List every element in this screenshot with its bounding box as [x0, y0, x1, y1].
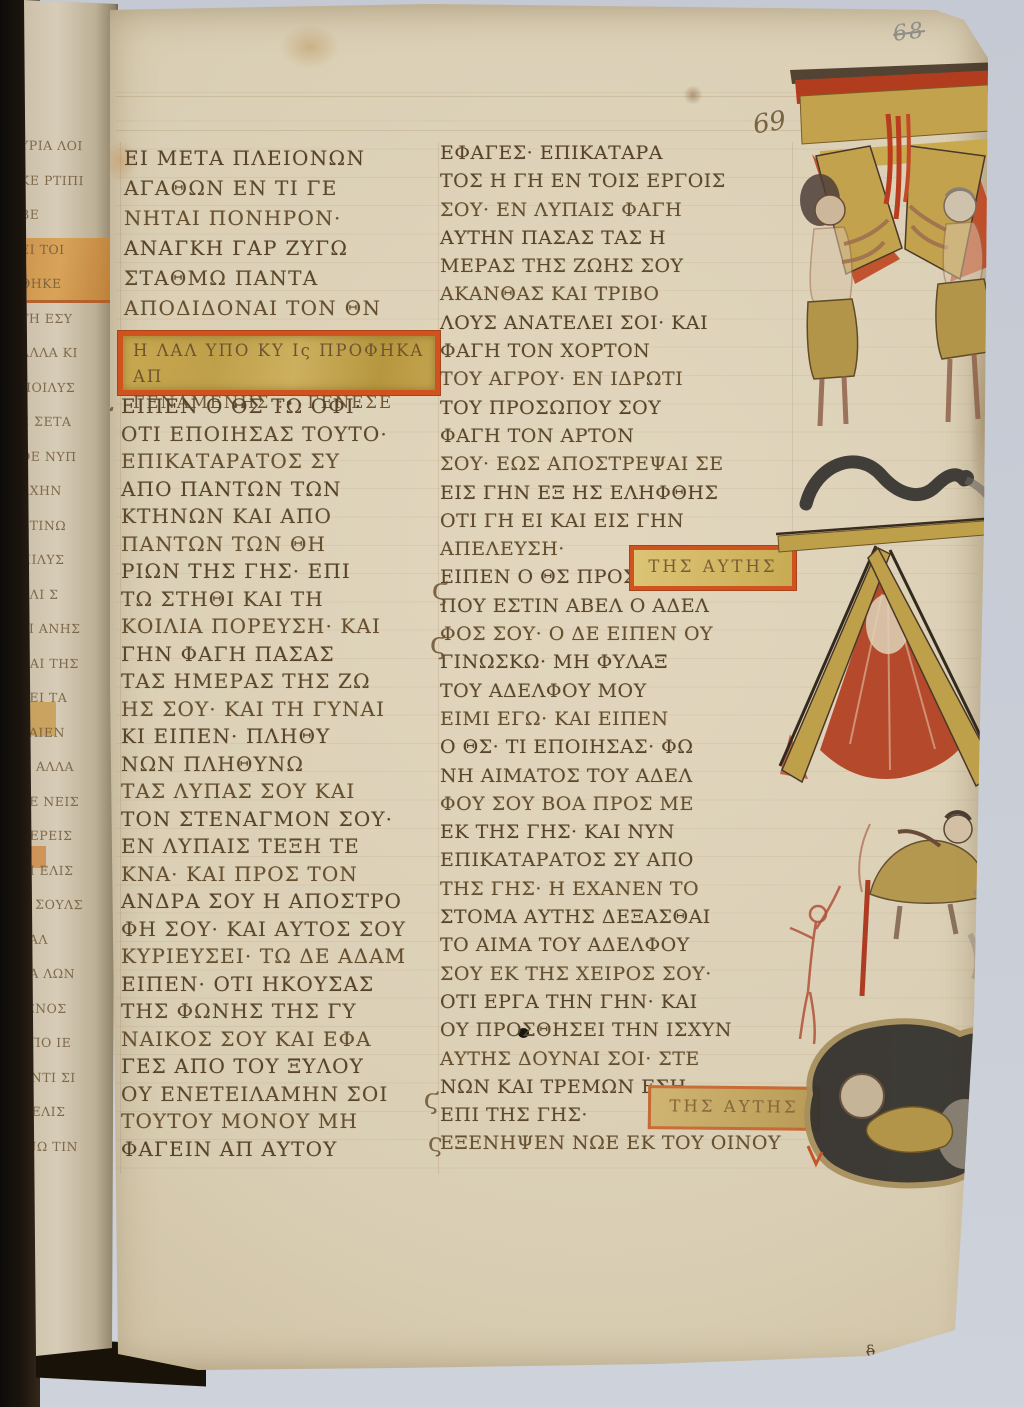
text-fragment: ΠΙΛΥΣ: [20, 552, 106, 587]
text-line: ΤΟΣ Η ΓΗ ΕΝ ΤΟΙΣ ΕΡΓΟΙΣ: [440, 170, 792, 198]
manuscript-photo: ΥΡΙΑ ΛΟΙΚΕ ΡΤΙΠΙΒΕΕΙ ΤΟΙΘΗΚΕΤΗ ΕΣΥΑΛΛΑ Κ…: [0, 0, 1024, 1407]
text-line: ΟΤΙ ΓΗ ΕΙ ΚΑΙ ΕΙΣ ΓΗΝ: [440, 510, 792, 538]
stain: [680, 82, 706, 108]
text-line: ΑΠΟΔΙΔΟΝΑΙ ΤΟΝ ΘΝ: [124, 296, 446, 326]
left-column-main: ΕΙΠΕΝ Ο ΘΣ ΤΩ ΟΦΙ·ΟΤΙ ΕΠΟΙΗΣΑΣ ΤΟΥΤΟ·ΕΠΙ…: [121, 394, 451, 1164]
text-fragment: ΤΙ ΑΝΗΣ: [20, 621, 106, 656]
text-line: ΕΠΙΚΑΤΑΡΑΤΟΣ ΣΥ ΑΠΟ: [440, 849, 792, 877]
text-line: ΛΟΥΣ ΑΝΑΤΕΛΕΙ ΣΟΙ· ΚΑΙ: [440, 312, 792, 340]
text-fragment: ΠΟΙΛΥΣ: [20, 379, 106, 414]
text-line: ΟΥ ΠΡΟΣΘΗΣΕΙ ΤΗΝ ΙΣΧΥΝ: [440, 1019, 792, 1047]
text-fragment: ΣΕΙ ΤΑ: [20, 690, 106, 725]
text-line: ΠΟΥ ΕΣΤΙΝ ΑΒΕΛ Ο ΑΔΕΛ: [440, 595, 792, 623]
parchment-page: 68 69 δ ΕΙ ΜΕΤΑ ΠΛΕΙΟΝΩΝΑΓΑΘΩΝ ΕΝ ΤΙ ΓΕΝ…: [110, 4, 994, 1376]
text-fragment: Ε ΣΕΤΑ: [20, 414, 106, 449]
text-line: ΕΙΠΕΝ· ΟΤΙ ΗΚΟΥΣΑΣ: [121, 972, 451, 1000]
text-line: ΤΟΥ ΠΡΟΣΩΠΟΥ ΣΟΥ: [440, 397, 792, 425]
text-fragment: ΑΤΙΝΩ: [20, 517, 106, 552]
paragraph-mark-icon: ϛ: [429, 625, 448, 661]
text-line: ΕΙΣ ΓΗΝ ΕΞ ΗΣ ΕΛΗΦΘΗΣ: [440, 482, 792, 510]
text-line: ΑΥΤΗΣ ΔΟΥΝΑΙ ΣΟΙ· ΣΤΕ: [440, 1048, 792, 1076]
right-column: ΕΦΑΓΕΣ· ΕΠΙΚΑΤΑΡΑΤΟΣ Η ΓΗ ΕΝ ΤΟΙΣ ΕΡΓΟΙΣ…: [440, 142, 792, 1161]
text-line: ΤΟΝ ΣΤΕΝΑΓΜΟΝ ΣΟΥ·: [121, 807, 451, 835]
rubric-line: Η ΛΑΛ ΥΠΟ ΚΥ Ις ΠΡΟΦΗΚΑ ΑΠ: [133, 338, 427, 390]
text-line: ΚΝΑ· ΚΑΙ ΠΡΟΣ ΤΟΝ: [121, 862, 451, 890]
text-line: ΦΟΥ ΣΟΥ ΒΟΑ ΠΡΟΣ ΜΕ: [440, 793, 792, 821]
text-fragment: ΓΑ ΛΩΝ: [20, 966, 106, 1001]
text-line: ΣΟΥ· ΕΝ ΛΥΠΑΙΣ ΦΑΓΗ: [440, 199, 792, 227]
text-line: ΝΑΙΚΟΣ ΣΟΥ ΚΑΙ ΕΦΑ: [121, 1027, 451, 1055]
text-fragment: ΤΗ ΕΣΥ: [20, 310, 106, 345]
text-line: ΑΠΟ ΠΑΝΤΩΝ ΤΩΝ: [121, 477, 451, 505]
text-line: ΣΟΥ· ΕΩΣ ΑΠΟΣΤΡΕΨΑΙ ΣΕ: [440, 453, 792, 481]
text-line: ΕΙΜΙ ΕΓΩ· ΚΑΙ ΕΙΠΕΝ: [440, 708, 792, 736]
text-line: ΜΕΡΑΣ ΤΗΣ ΖΩΗΣ ΣΟΥ: [440, 255, 792, 283]
text-line: ΑΝΑΓΚΗ ΓΑΡ ΖΥΓΩ: [124, 236, 446, 266]
text-line: ΡΙΩΝ ΤΗΣ ΓΗΣ· ΕΠΙ: [121, 559, 451, 587]
text-line: ΚΤΗΝΩΝ ΚΑΙ ΑΠΟ: [121, 504, 451, 532]
text-line: ΑΥΤΗΝ ΠΑΣΑΣ ΤΑΣ Η: [440, 227, 792, 255]
text-fragment: ΒΕ: [20, 207, 106, 242]
text-line: Ο ΘΣ· ΤΙ ΕΠΟΙΗΣΑΣ· ΦΩ: [440, 736, 792, 764]
text-fragment: ΔΙ ΕΛΙΣ: [20, 862, 106, 897]
text-line: ΦΑΓΗ ΤΟΝ ΧΟΡΤΟΝ: [440, 340, 792, 368]
text-fragment: ΚΑΙ ΤΗΣ: [20, 655, 106, 690]
text-line: ΟΥ ΕΝΕΤΕΙΛΑΜΗΝ ΣΟΙ: [121, 1082, 451, 1110]
serpent-illustration: [806, 462, 994, 508]
text-fragment: ΥΡΙΑ ΛΟΙ: [20, 138, 106, 173]
text-line: ΣΤΑΘΜΩ ΠΑΝΤΑ: [124, 266, 446, 296]
text-fragment: ΤΑΛ: [20, 931, 106, 966]
text-line: ΤΟΥΤΟΥ ΜΟΝΟΥ ΜΗ: [121, 1109, 451, 1137]
text-line: ΓΕΣ ΑΠΟ ΤΟΥ ΞΥΛΟΥ: [121, 1054, 451, 1082]
text-line: ΤΟ ΑΙΜΑ ΤΟΥ ΑΔΕΛΦΟΥ: [440, 934, 792, 962]
text-line: ΤΟΥ ΑΔΕΛΦΟΥ ΜΟΥ: [440, 680, 792, 708]
text-line: ΤΗΣ ΓΗΣ· Η ΕΧΑΝΕΝ ΤΟ: [440, 878, 792, 906]
text-line: ΕΠΙΚΑΤΑΡΑΤΟΣ ΣΥ: [121, 449, 451, 477]
text-line: ΟΤΙ ΕΡΓΑ ΤΗΝ ΓΗΝ· ΚΑΙ: [440, 991, 792, 1019]
text-line: ΓΗΝ ΦΑΓΗ ΠΑΣΑΣ: [121, 642, 451, 670]
abel-slain-illustration: [807, 1021, 1010, 1185]
text-fragment: ΕΙ ΤΟΙ: [20, 241, 106, 276]
text-line: ΝΩΝ ΠΛΗΘΥΝΩ: [121, 752, 451, 780]
text-line: ΝΗ ΑΙΜΑΤΟΣ ΤΟΥ ΑΔΕΛ: [440, 765, 792, 793]
text-line: ΝΗΤΑΙ ΠΟΝΗΡΟΝ·: [124, 206, 446, 236]
text-fragment: ΤΑΙΕΝ: [20, 724, 106, 759]
text-line: ΤΗΣ ΦΩΝΗΣ ΤΗΣ ΓΥ: [121, 999, 451, 1027]
text-fragment: ΓΕ ΝΕΙΣ: [20, 793, 106, 828]
text-line: ΕΝ ΛΥΠΑΙΣ ΤΕΞΗ ΤΕ: [121, 834, 451, 862]
text-line: ΓΙΝΩΣΚΩ· ΜΗ ΦΥΛΑΞ: [440, 651, 792, 679]
paragraph-mark-icon: ς: [427, 1128, 443, 1159]
text-fragment: ΛΕΡΕΙΣ: [20, 828, 106, 863]
text-line: ΚΥΡΙΕΥΣΕΙ· ΤΩ ΔΕ ΑΔΑΜ: [121, 944, 451, 972]
text-line: ΤΑΣ ΗΜΕΡΑΣ ΤΗΣ ΖΩ: [121, 669, 451, 697]
text-line: ΕΙ ΜΕΤΑ ΠΛΕΙΟΝΩΝ: [124, 146, 446, 176]
text-line: ΕΙΠΕΝ Ο ΘΣ ΤΩ ΟΦΙ·: [121, 394, 451, 422]
text-fragment: ΑΛΛΑ ΚΙ: [20, 345, 106, 380]
quire-mark: δ: [865, 1342, 876, 1361]
text-line: ΦΟΣ ΣΟΥ· Ο ΔΕ ΕΙΠΕΝ ΟΥ: [440, 623, 792, 651]
left-column-upper: ΕΙ ΜΕΤΑ ΠΛΕΙΟΝΩΝΑΓΑΘΩΝ ΕΝ ΤΙ ΓΕΝΗΤΑΙ ΠΟΝ…: [124, 146, 446, 326]
text-line: ΦΗ ΣΟΥ· ΚΑΙ ΑΥΤΟΣ ΣΟΥ: [121, 917, 451, 945]
text-line: ΚΟΙΛΙΑ ΠΟΡΕΥΣΗ· ΚΑΙ: [121, 614, 451, 642]
text-fragment: ΘΕ ΝΥΠ: [20, 448, 106, 483]
text-line: ΑΝΔΡΑ ΣΟΥ Η ΑΠΟΣΤΡΟ: [121, 889, 451, 917]
text-line: ΕΞΕΝΗΨΕΝ ΝΩΕ ΕΚ ΤΟΥ ΟΙΝΟΥ: [440, 1132, 792, 1160]
text-fragment: ΘΗΚΕ: [20, 276, 106, 311]
text-line: ΚΙ ΕΙΠΕΝ· ΠΛΗΘΥ: [121, 724, 451, 752]
text-fragment: ΑΧΗΝ: [20, 483, 106, 518]
text-line: ΦΑΓΗ ΤΟΝ ΑΡΤΟΝ: [440, 425, 792, 453]
text-fragment: ΕΛΙ Σ: [20, 586, 106, 621]
text-line: ΗΣ ΣΟΥ· ΚΑΙ ΤΗ ΓΥΝΑΙ: [121, 697, 451, 725]
text-line: ΣΤΟΜΑ ΑΥΤΗΣ ΔΕΞΑΣΘΑΙ: [440, 906, 792, 934]
text-line: ΑΓΑΘΩΝ ΕΝ ΤΙ ΓΕ: [124, 176, 446, 206]
text-line: ΕΦΑΓΕΣ· ΕΠΙΚΑΤΑΡΑ: [440, 142, 792, 170]
margin-miniatures: [750, 34, 1010, 1244]
text-line: ΦΑΓΕΙΝ ΑΠ ΑΥΤΟΥ: [121, 1137, 451, 1165]
text-fragment: Θ ΣΟΥΛΣ: [20, 897, 106, 932]
text-line: ΠΑΝΤΩΝ ΤΩΝ ΘΗ: [121, 532, 451, 560]
text-line: ΤΟΥ ΑΓΡΟΥ· ΕΝ ΙΔΡΩΤΙ: [440, 368, 792, 396]
text-line: ΑΚΑΝΘΑΣ ΚΑΙ ΤΡΙΒΟ: [440, 283, 792, 311]
cain-figure: [859, 812, 986, 939]
text-line: ΤΩ ΣΤΗΘΙ ΚΑΙ ΤΗ: [121, 587, 451, 615]
text-line: ΤΑΣ ΛΥΠΑΣ ΣΟΥ ΚΑΙ: [121, 779, 451, 807]
text-fragment: Ν ΑΛΛΑ: [20, 759, 106, 794]
text-fragment: ΚΕ ΡΤΙΠΙ: [20, 172, 106, 207]
text-line: ΣΟΥ ΕΚ ΤΗΣ ΧΕΙΡΟΣ ΣΟΥ·: [440, 963, 792, 991]
text-line: ΟΤΙ ΕΠΟΙΗΣΑΣ ΤΟΥΤΟ·: [121, 422, 451, 450]
stain: [268, 16, 352, 78]
rubric-band: Η ΛΑΛ ΥΠΟ ΚΥ Ις ΠΡΟΦΗΚΑ ΑΠ ΓΕΝΑΜΕΝΗΣ :∙ …: [118, 331, 440, 395]
text-line: ΕΚ ΤΗΣ ΓΗΣ· ΚΑΙ ΝΥΝ: [440, 821, 792, 849]
tent-illustration: [776, 518, 1000, 786]
